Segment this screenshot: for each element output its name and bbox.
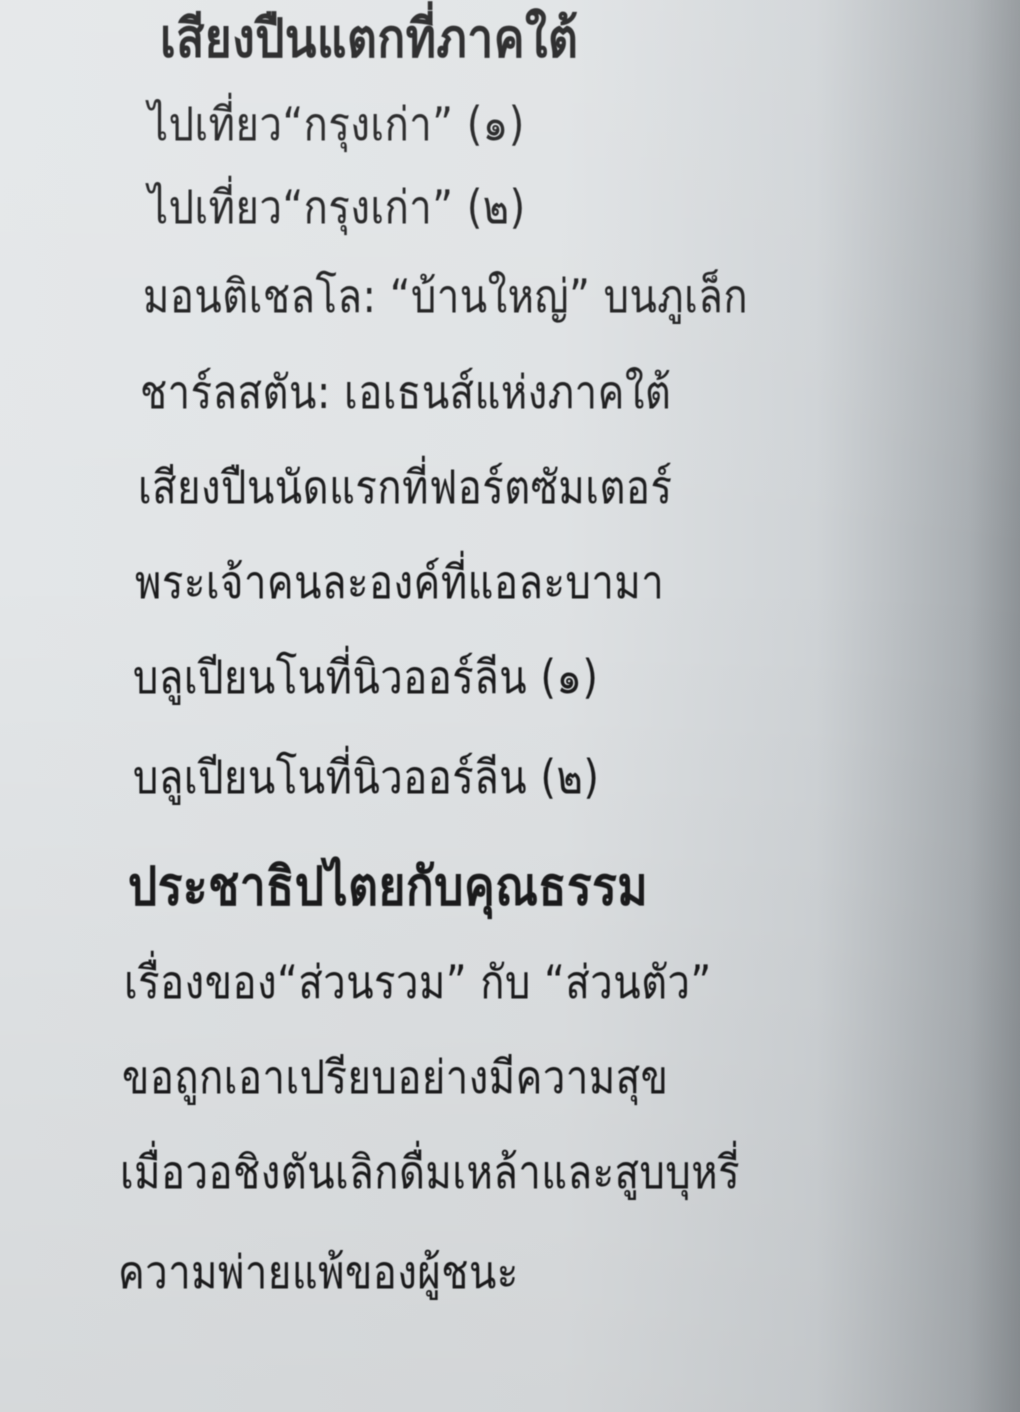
toc-entry: พระเจ้าคนละองค์ที่แอละบามา [135, 545, 664, 619]
toc-entry: ไปเที่ยว“กรุงเก่า” (๒) [148, 170, 526, 244]
toc-entry: ขอถูกเอาเปรียบอย่างมีความสุข [122, 1040, 668, 1114]
toc-entry: ไปเที่ยว“กรุงเก่า” (๑) [148, 87, 525, 161]
toc-entry: เสียงปืนนัดแรกที่ฟอร์ตซัมเตอร์ [138, 450, 672, 524]
toc-entry: เรื่องของ“ส่วนรวม” กับ “ส่วนตัว” [124, 945, 712, 1019]
toc-entry: ชาร์ลสตัน: เอเธนส์แห่งภาคใต้ [140, 355, 671, 429]
toc-entry: บลูเปียนโนที่นิวออร์ลีน (๒) [133, 740, 599, 814]
toc-entry: บลูเปียนโนที่นิวออร์ลีน (๑) [133, 640, 598, 714]
toc-entry: มอนติเชลโล: “บ้านใหญ่” บนภูเล็ก [143, 259, 748, 333]
table-of-contents: เสียงปืนแตกที่ภาคใต้ ไปเที่ยว“กรุงเก่า” … [0, 0, 1020, 1412]
toc-heading: เสียงปืนแตกที่ภาคใต้ [160, 0, 578, 80]
toc-entry: เมื่อวอชิงตันเลิกดื่มเหล้าและสูบบุหรี่ [120, 1135, 740, 1209]
toc-entry: ความพ่ายแพ้ของผู้ชนะ [118, 1235, 519, 1309]
toc-heading: ประชาธิปไตยกับคุณธรรม [128, 845, 648, 929]
